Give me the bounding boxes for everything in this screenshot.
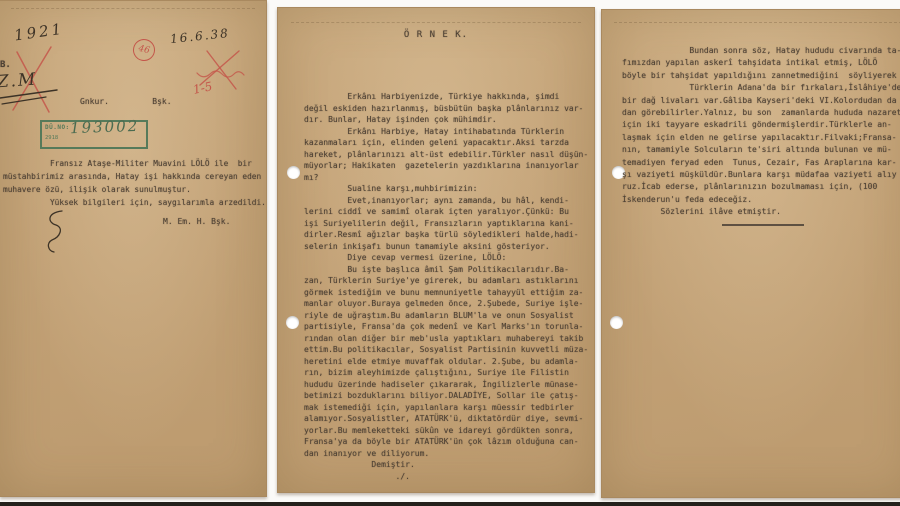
registry-stamp: DÜ.NO: 2918 193002	[40, 120, 148, 149]
punch-hole	[286, 316, 299, 329]
perforation-line	[291, 22, 582, 23]
page-title: Ö R N E K.	[278, 30, 594, 40]
punch-hole	[610, 316, 623, 329]
handwritten-marks	[0, 1, 266, 496]
handwritten-year: 1921	[13, 20, 65, 45]
stamp-label: DÜ.NO:	[45, 124, 70, 131]
typed-body: Bundan sonra söz, Hatay hududu civarında…	[622, 45, 900, 219]
perforation-line	[614, 22, 900, 23]
stamp-handwritten-number: 193002	[70, 117, 140, 137]
signature-line: M. Em. H. Bşk.	[163, 217, 230, 226]
document-scan: 1921 46 16.6.38 1-5 B. Z.M Gnkur. Bşk. D…	[0, 0, 900, 506]
red-note: 1-5	[192, 79, 214, 97]
page-2: Ö R N E K. Erkânı Harbiyenizde, Türkiye …	[277, 7, 595, 493]
handwritten-date: 16.6.38	[169, 26, 230, 46]
typed-b-label: B.	[0, 60, 11, 70]
page-1: 1921 46 16.6.38 1-5 B. Z.M Gnkur. Bşk. D…	[0, 0, 267, 497]
bottom-border-strip	[0, 502, 900, 506]
typed-body: Erkânı Harbiyenizde, Türkiye hakkında, ş…	[304, 91, 588, 482]
punch-hole	[287, 166, 300, 179]
handwritten-initials: Z.M	[0, 70, 38, 93]
closing-rule	[722, 224, 804, 226]
page-3: Bundan sonra söz, Hatay hududu civarında…	[601, 9, 900, 498]
stamp-small-number: 2918	[45, 135, 58, 141]
perforation-line	[11, 8, 256, 9]
red-circle-number: 46	[131, 37, 157, 63]
header-gnkur-bsk: Gnkur. Bşk.	[80, 97, 172, 106]
typed-body: Fransız Ataşe-Militer Muavini LÖLÖ ile b…	[3, 157, 266, 209]
